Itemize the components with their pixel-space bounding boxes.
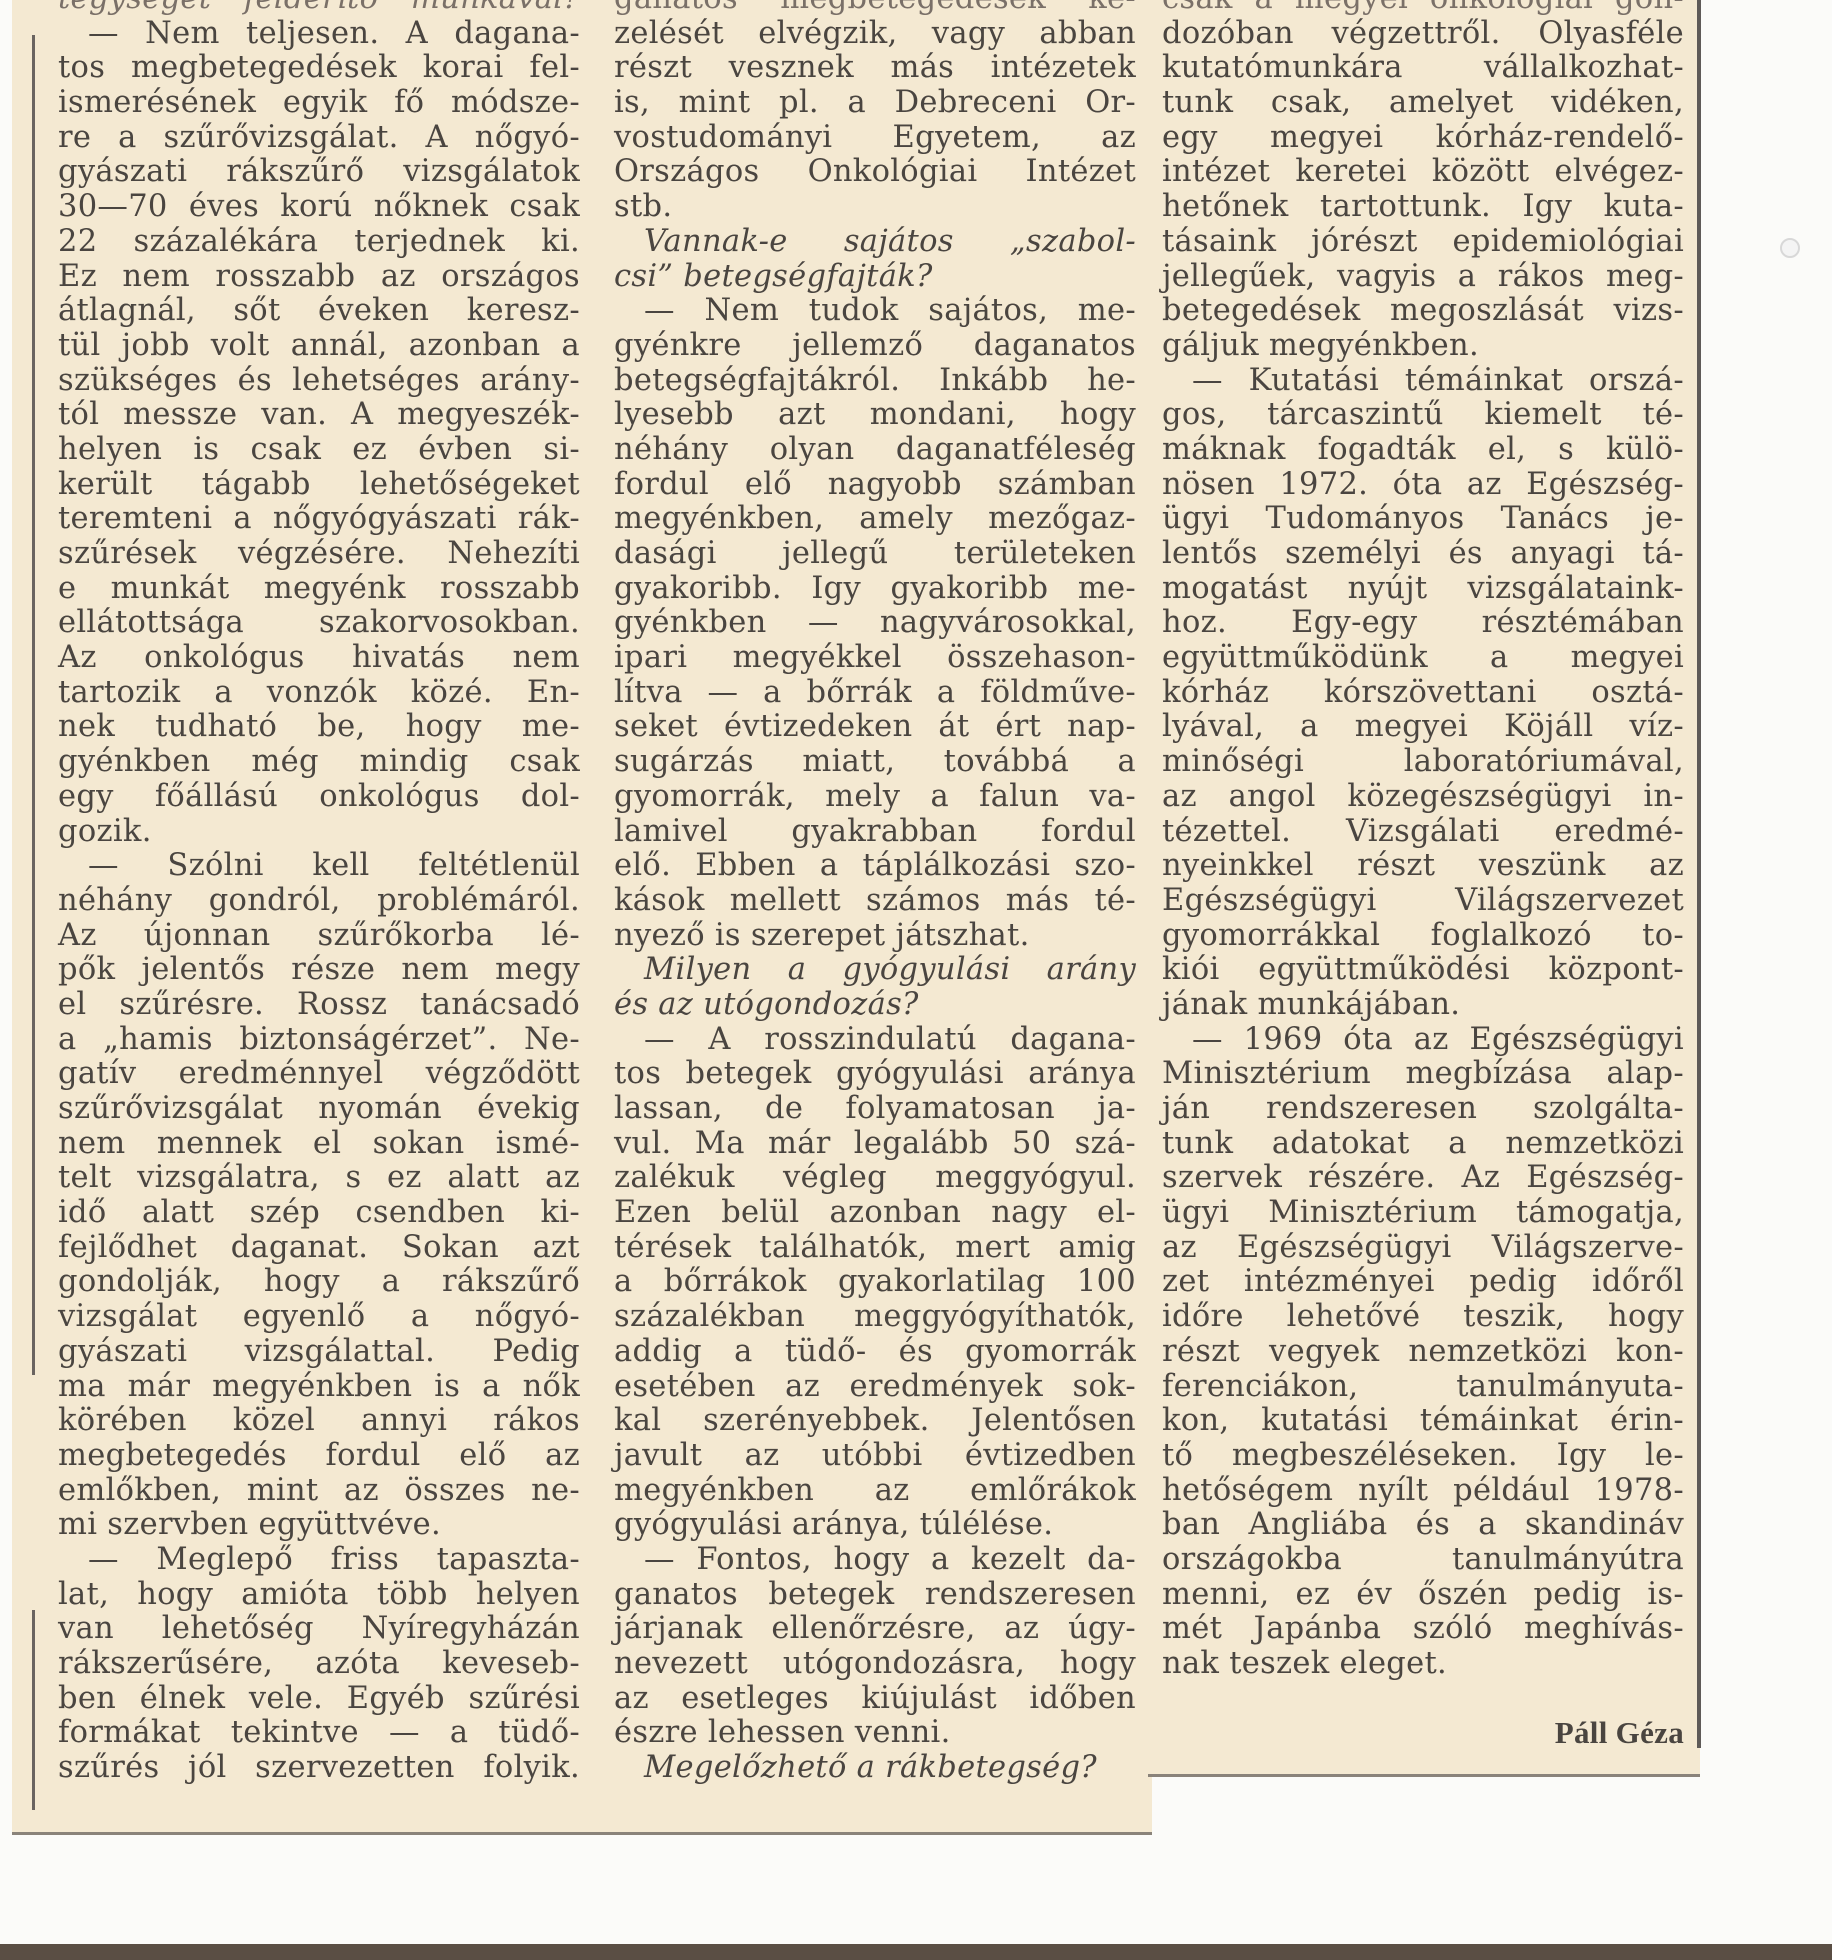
text-line: esetében az eredmények sok-: [614, 1370, 1136, 1405]
text-line: formákat tekintve — a tüdő-: [58, 1716, 580, 1751]
text-line: szervek részére. Az Egészség-: [1162, 1161, 1684, 1196]
text-line: Megelőzhető a rákbetegség?: [614, 1751, 1136, 1786]
text-line: átlagnál, sőt éveken keresz-: [58, 294, 580, 329]
scanner-bed-edge: [0, 1944, 1832, 1960]
text-line: az Egészségügyi Világszerve-: [1162, 1231, 1684, 1266]
text-line: lat, hogy amióta több helyen: [58, 1578, 580, 1613]
text-line: — Nem teljesen. A dagana-: [58, 17, 580, 52]
text-line: százalékban meggyógyíthatók,: [614, 1300, 1136, 1335]
text-line: lamivel gyakrabban fordul: [614, 815, 1136, 850]
text-line: intézet keretei között elvégez-: [1162, 155, 1684, 190]
text-line: mogatást nyújt vizsgálataink-: [1162, 572, 1684, 607]
text-line: térések találhatók, mert amig: [614, 1231, 1136, 1266]
author-byline-wrap: Páll Géza: [1162, 1716, 1684, 1756]
text-line: is, mint pl. a Debreceni Or-: [614, 86, 1136, 121]
text-line: zet intézményei pedig időről: [1162, 1265, 1684, 1300]
text-line: a bőrrákok gyakorlatilag 100: [614, 1265, 1136, 1300]
column-rule-left: [32, 35, 35, 1375]
text-line: kórház kórszövettani osztá-: [1162, 676, 1684, 711]
article-column-1: tegységet felderítő munkával?— Nem telje…: [58, 0, 580, 1786]
text-line: lyával, a megyei Köjáll víz-: [1162, 710, 1684, 745]
text-line: el szűrésre. Rossz tanácsadó: [58, 988, 580, 1023]
text-line: Az onkológus hivatás nem: [58, 641, 580, 676]
text-line: szűrések végzésére. Nehezíti: [58, 537, 580, 572]
text-line: telt vizsgálatra, s ez alatt az: [58, 1161, 580, 1196]
column-rule-left-lower: [32, 1610, 35, 1810]
text-line: menni, ez év őszén pedig is-: [1162, 1578, 1684, 1613]
text-line: gatív eredménnyel végződött: [58, 1057, 580, 1092]
text-line: csak a megyei onkológiai gon-: [1162, 0, 1684, 17]
text-line: tül jobb volt annál, azonban a: [58, 329, 580, 364]
text-line: és az utógondozás?: [614, 988, 1136, 1023]
scanner-punch-hole-mark: [1780, 238, 1800, 258]
text-line: tól messze van. A megyeszék-: [58, 398, 580, 433]
text-line: teremteni a nőgyógyászati rák-: [58, 502, 580, 537]
text-line: Országos Onkológiai Intézet: [614, 155, 1136, 190]
text-line: kon, kutatási témáinkat érin-: [1162, 1404, 1684, 1439]
text-line: — 1969 óta az Egészségügyi: [1162, 1023, 1684, 1058]
text-line: jának munkájában.: [1162, 988, 1684, 1023]
text-line: országokba tanulmányútra: [1162, 1543, 1684, 1578]
text-line: seket évtizedeken át ért nap-: [614, 710, 1136, 745]
text-line: hetőnek tartottunk. Igy kuta-: [1162, 190, 1684, 225]
text-line: máknak fogadták el, s külö-: [1162, 433, 1684, 468]
text-line: lyesebb azt mondani, hogy: [614, 398, 1136, 433]
text-line: nak teszek eleget.: [1162, 1647, 1684, 1682]
text-line: lassan, de folyamatosan ja-: [614, 1092, 1136, 1127]
text-line: nyező is szerepet játszhat.: [614, 919, 1136, 954]
text-line: tos betegek gyógyulási aránya: [614, 1057, 1136, 1092]
text-line: tartozik a vonzók közé. En-: [58, 676, 580, 711]
author-byline: Páll Géza: [1162, 1716, 1684, 1751]
text-line: nek tudható be, hogy me-: [58, 710, 580, 745]
text-line: — Meglepő friss tapaszta-: [58, 1543, 580, 1578]
text-line: gondolják, hogy a rákszűrő: [58, 1265, 580, 1300]
text-line: ügyi Tudományos Tanács je-: [1162, 502, 1684, 537]
article-column-3: csak a megyei onkológiai gon-dozóban vég…: [1162, 0, 1684, 1682]
text-line: vizsgálat egyenlő a nőgyó-: [58, 1300, 580, 1335]
text-line: megyénkben, amely mezőgaz-: [614, 502, 1136, 537]
text-line: hoz. Egy-egy résztémában: [1162, 606, 1684, 641]
text-line: gyakoribb. Igy gyakoribb me-: [614, 572, 1136, 607]
text-line: pők jelentős része nem megy: [58, 953, 580, 988]
text-line: — A rosszindulatú dagana-: [614, 1023, 1136, 1058]
column-rule-right: [1697, 0, 1701, 1748]
text-line: nevezett utógondozásra, hogy: [614, 1647, 1136, 1682]
text-line: rákszerűsére, azóta keveseb-: [58, 1647, 580, 1682]
text-line: helyen is csak ez évben si-: [58, 433, 580, 468]
text-line: ügyi Minisztérium támogatja,: [1162, 1196, 1684, 1231]
text-line: ipari megyékkel összehason-: [614, 641, 1136, 676]
text-line: lentős személyi és anyagi tá-: [1162, 537, 1684, 572]
text-line: fordul elő nagyobb számban: [614, 468, 1136, 503]
text-line: ban Angliába és a skandináv: [1162, 1508, 1684, 1543]
text-line: csi” betegségfajták?: [614, 260, 1136, 295]
text-line: szükséges és lehetséges arány-: [58, 364, 580, 399]
text-line: minőségi laboratóriumával,: [1162, 745, 1684, 780]
text-line: kal szerényebbek. Jelentősen: [614, 1404, 1136, 1439]
text-line: megbetegedés fordul elő az: [58, 1439, 580, 1474]
text-line: gozik.: [58, 815, 580, 850]
text-line: tegységet felderítő munkával?: [58, 0, 580, 17]
text-line: ma már megyénkben is a nők: [58, 1370, 580, 1405]
text-line: 30—70 éves korú nőknek csak: [58, 190, 580, 225]
text-line: tézettel. Vizsgálati eredmé-: [1162, 815, 1684, 850]
text-line: van lehetőség Nyíregyházán: [58, 1612, 580, 1647]
text-line: tő megbeszéléseken. Igy le-: [1162, 1439, 1684, 1474]
text-line: gos, tárcaszintű kiemelt té-: [1162, 398, 1684, 433]
text-line: dasági jellegű területeken: [614, 537, 1136, 572]
text-line: körében közel annyi rákos: [58, 1404, 580, 1439]
text-line: tunk csak, amelyet vidéken,: [1162, 86, 1684, 121]
text-line: addig a tüdő- és gyomorrák: [614, 1335, 1136, 1370]
text-line: lítva — a bőrrák a földműve-: [614, 676, 1136, 711]
text-line: járjanak ellenőrzésre, az úgy-: [614, 1612, 1136, 1647]
text-line: — Kutatási témáinkat orszá-: [1162, 364, 1684, 399]
text-line: vostudományi Egyetem, az: [614, 121, 1136, 156]
text-line: gyénkre jellemző daganatos: [614, 329, 1136, 364]
text-line: emlőkben, mint az összes ne-: [58, 1474, 580, 1509]
text-line: idő alatt szép csendben ki-: [58, 1196, 580, 1231]
text-line: vul. Ma már legalább 50 szá-: [614, 1127, 1136, 1162]
text-line: kutatómunkára vállalkozhat-: [1162, 51, 1684, 86]
text-line: betegedések megoszlását vizs-: [1162, 294, 1684, 329]
text-line: Milyen a gyógyulási arány: [614, 953, 1136, 988]
text-line: mét Japánba szóló meghívás-: [1162, 1612, 1684, 1647]
text-line: gyomorrákkal foglalkozó to-: [1162, 919, 1684, 954]
text-line: ganatos betegek rendszeresen: [614, 1578, 1136, 1613]
text-line: tos megbetegedések korai fel-: [58, 51, 580, 86]
text-line: elő. Ebben a táplálkozási szo-: [614, 849, 1136, 884]
text-line: Egészségügyi Világszervezet: [1162, 884, 1684, 919]
text-line: ben élnek vele. Egyéb szűrési: [58, 1682, 580, 1717]
text-line: mi szervben együttvéve.: [58, 1508, 580, 1543]
text-line: az esetleges kiújulást időben: [614, 1682, 1136, 1717]
text-line: észre lehessen venni.: [614, 1716, 1136, 1751]
text-line: együttműködünk a megyei: [1162, 641, 1684, 676]
text-line: — Szólni kell feltétlenül: [58, 849, 580, 884]
text-line: tásaink jórészt epidemiológiai: [1162, 225, 1684, 260]
text-line: kiói együttműködési központ-: [1162, 953, 1684, 988]
text-line: gyógyulási aránya, túlélése.: [614, 1508, 1136, 1543]
text-line: Ez nem rosszabb az országos: [58, 260, 580, 295]
text-line: ismerésének egyik fő módsze-: [58, 86, 580, 121]
text-line: jellegűek, vagyis a rákos meg-: [1162, 260, 1684, 295]
text-line: gáljuk megyénkben.: [1162, 329, 1684, 364]
text-line: hetőségem nyílt például 1978-: [1162, 1474, 1684, 1509]
text-line: az angol közegészségügyi in-: [1162, 780, 1684, 815]
text-line: ján rendszeresen szolgálta-: [1162, 1092, 1684, 1127]
article-column-2: ganatos megbetegedések ke-zelését elvégz…: [614, 0, 1136, 1786]
text-line: zalékuk végleg meggyógyul.: [614, 1161, 1136, 1196]
text-line: egy főállású onkológus dol-: [58, 780, 580, 815]
text-line: gyomorrák, mely a falun va-: [614, 780, 1136, 815]
text-line: fejlődhet daganat. Sokan azt: [58, 1231, 580, 1266]
text-line: tunk adatokat a nemzetközi: [1162, 1127, 1684, 1162]
text-line: időre lehetővé teszik, hogy: [1162, 1300, 1684, 1335]
text-line: ellátottsága szakorvosokban.: [58, 606, 580, 641]
text-line: dozóban végzettről. Olyasféle: [1162, 17, 1684, 52]
text-line: nem mennek el sokan ismé-: [58, 1127, 580, 1162]
text-line: Az újonnan szűrőkorba lé-: [58, 919, 580, 954]
text-line: gyénkben — nagyvárosokkal,: [614, 606, 1136, 641]
text-line: — Nem tudok sajátos, me-: [614, 294, 1136, 329]
text-line: javult az utóbbi évtizedben: [614, 1439, 1136, 1474]
text-line: — Fontos, hogy a kezelt da-: [614, 1543, 1136, 1578]
text-line: került tágabb lehetőségeket: [58, 468, 580, 503]
text-line: gyénkben még mindig csak: [58, 745, 580, 780]
text-line: gyászati vizsgálattal. Pedig: [58, 1335, 580, 1370]
text-line: a „hamis biztonságérzet”. Ne-: [58, 1023, 580, 1058]
text-line: nyeinkkel részt veszünk az: [1162, 849, 1684, 884]
text-line: e munkát megyénk rosszabb: [58, 572, 580, 607]
text-line: kások mellett számos más té-: [614, 884, 1136, 919]
text-line: részt vesznek más intézetek: [614, 51, 1136, 86]
text-line: betegségfajtákról. Inkább he-: [614, 364, 1136, 399]
clipping-edge-bottom: [1148, 1774, 1700, 1777]
text-line: Minisztérium megbízása alap-: [1162, 1057, 1684, 1092]
text-line: szűrés jól szervezetten folyik.: [58, 1751, 580, 1786]
text-line: sugárzás miatt, továbbá a: [614, 745, 1136, 780]
text-line: Ezen belül azonban nagy el-: [614, 1196, 1136, 1231]
text-line: részt vegyek nemzetközi kon-: [1162, 1335, 1684, 1370]
text-line: Vannak-e sajátos „szabol-: [614, 225, 1136, 260]
text-line: gyászati rákszűrő vizsgálatok: [58, 155, 580, 190]
text-line: stb.: [614, 190, 1136, 225]
text-line: re a szűrővizsgálat. A nőgyó-: [58, 121, 580, 156]
text-line: nösen 1972. óta az Egészség-: [1162, 468, 1684, 503]
text-line: szűrővizsgálat nyomán évekig: [58, 1092, 580, 1127]
text-line: egy megyei kórház-rendelő-: [1162, 121, 1684, 156]
text-line: néhány olyan daganatféleség: [614, 433, 1136, 468]
text-line: ferenciákon, tanulmányuta-: [1162, 1370, 1684, 1405]
text-line: ganatos megbetegedések ke-: [614, 0, 1136, 17]
text-line: néhány gondról, problémáról.: [58, 884, 580, 919]
text-line: megyénkben az emlőrákok: [614, 1474, 1136, 1509]
text-line: zelését elvégzik, vagy abban: [614, 17, 1136, 52]
text-line: 22 százalékára terjednek ki.: [58, 225, 580, 260]
